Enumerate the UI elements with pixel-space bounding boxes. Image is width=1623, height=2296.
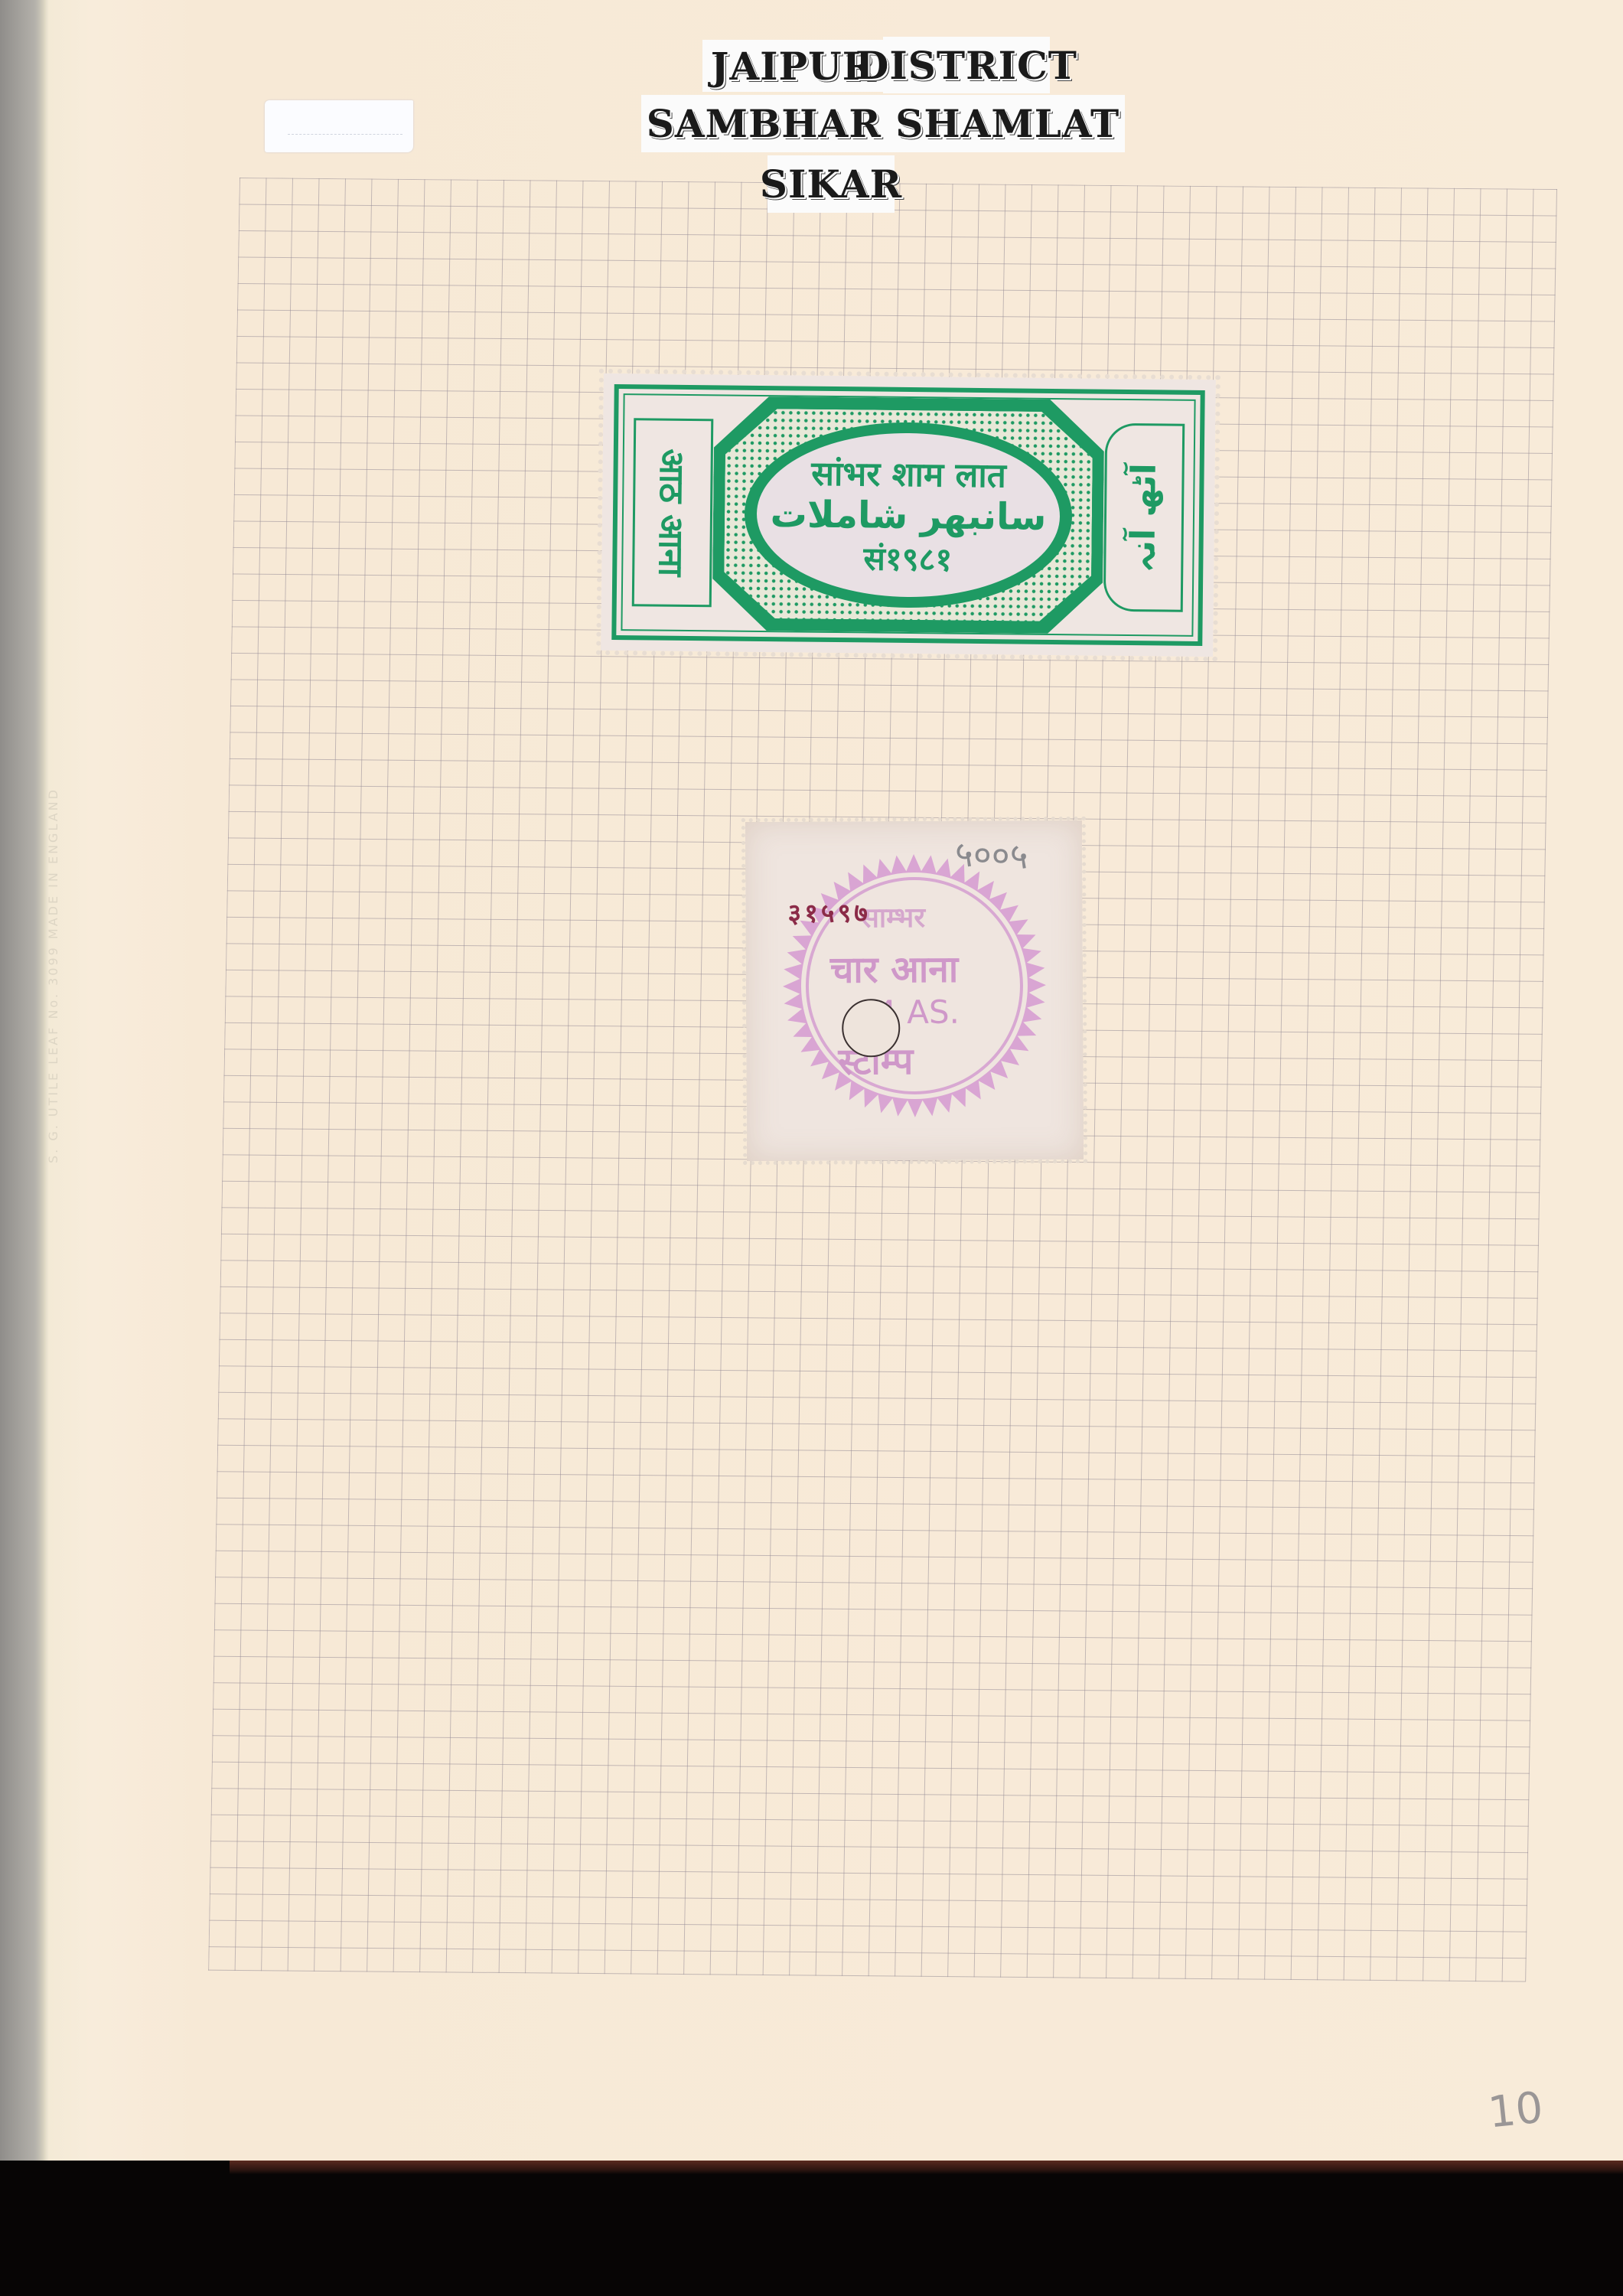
punch-hole xyxy=(842,999,900,1057)
album-cover-edge xyxy=(230,2161,1623,2174)
left-value-panel: आठ आना xyxy=(632,418,714,607)
paper-tape-remnant xyxy=(265,100,413,152)
left-value-text: आठ आना xyxy=(649,448,696,576)
serial-number: ३१५९७ xyxy=(787,894,871,930)
stamp-title-urdu: سانبھر شاملات xyxy=(770,494,1046,538)
right-value-text: آٹھ آنہ xyxy=(1124,462,1164,572)
header-label-district: DISTRICT xyxy=(883,37,1050,93)
stamp-value-hindi: चार आना xyxy=(830,944,959,994)
pink-revenue-stamp[interactable]: साम्भर चार आना 4 AS. स्टाम्प ३१५९७ xyxy=(745,820,1084,1161)
right-value-panel: آٹھ آنہ xyxy=(1103,423,1185,612)
background-surface xyxy=(0,2161,1623,2296)
binding-shadow xyxy=(0,0,46,2166)
page-number: 10 xyxy=(1486,2082,1546,2138)
pencil-annotation: ५००५ xyxy=(954,829,1029,879)
header-label-sikar: SIKAR xyxy=(768,155,895,213)
stamp-title-devanagari: सांभर शाम लात xyxy=(811,449,1006,497)
leaf-imprint: S. G. UTILE LEAF No. 3099 MADE IN ENGLAN… xyxy=(46,788,60,1163)
stamp-year: सं१९८१ xyxy=(863,536,952,580)
header-label-sambhar-shamlat: SAMBHAR SHAMLAT xyxy=(641,95,1125,152)
album-page: JAIPUR DISTRICT SAMBHAR SHAMLAT SIKAR आठ… xyxy=(0,0,1623,2166)
green-revenue-stamp[interactable]: आठ आना آٹھ آنہ सांभर शाम लात سانبھر شامل… xyxy=(601,373,1216,657)
